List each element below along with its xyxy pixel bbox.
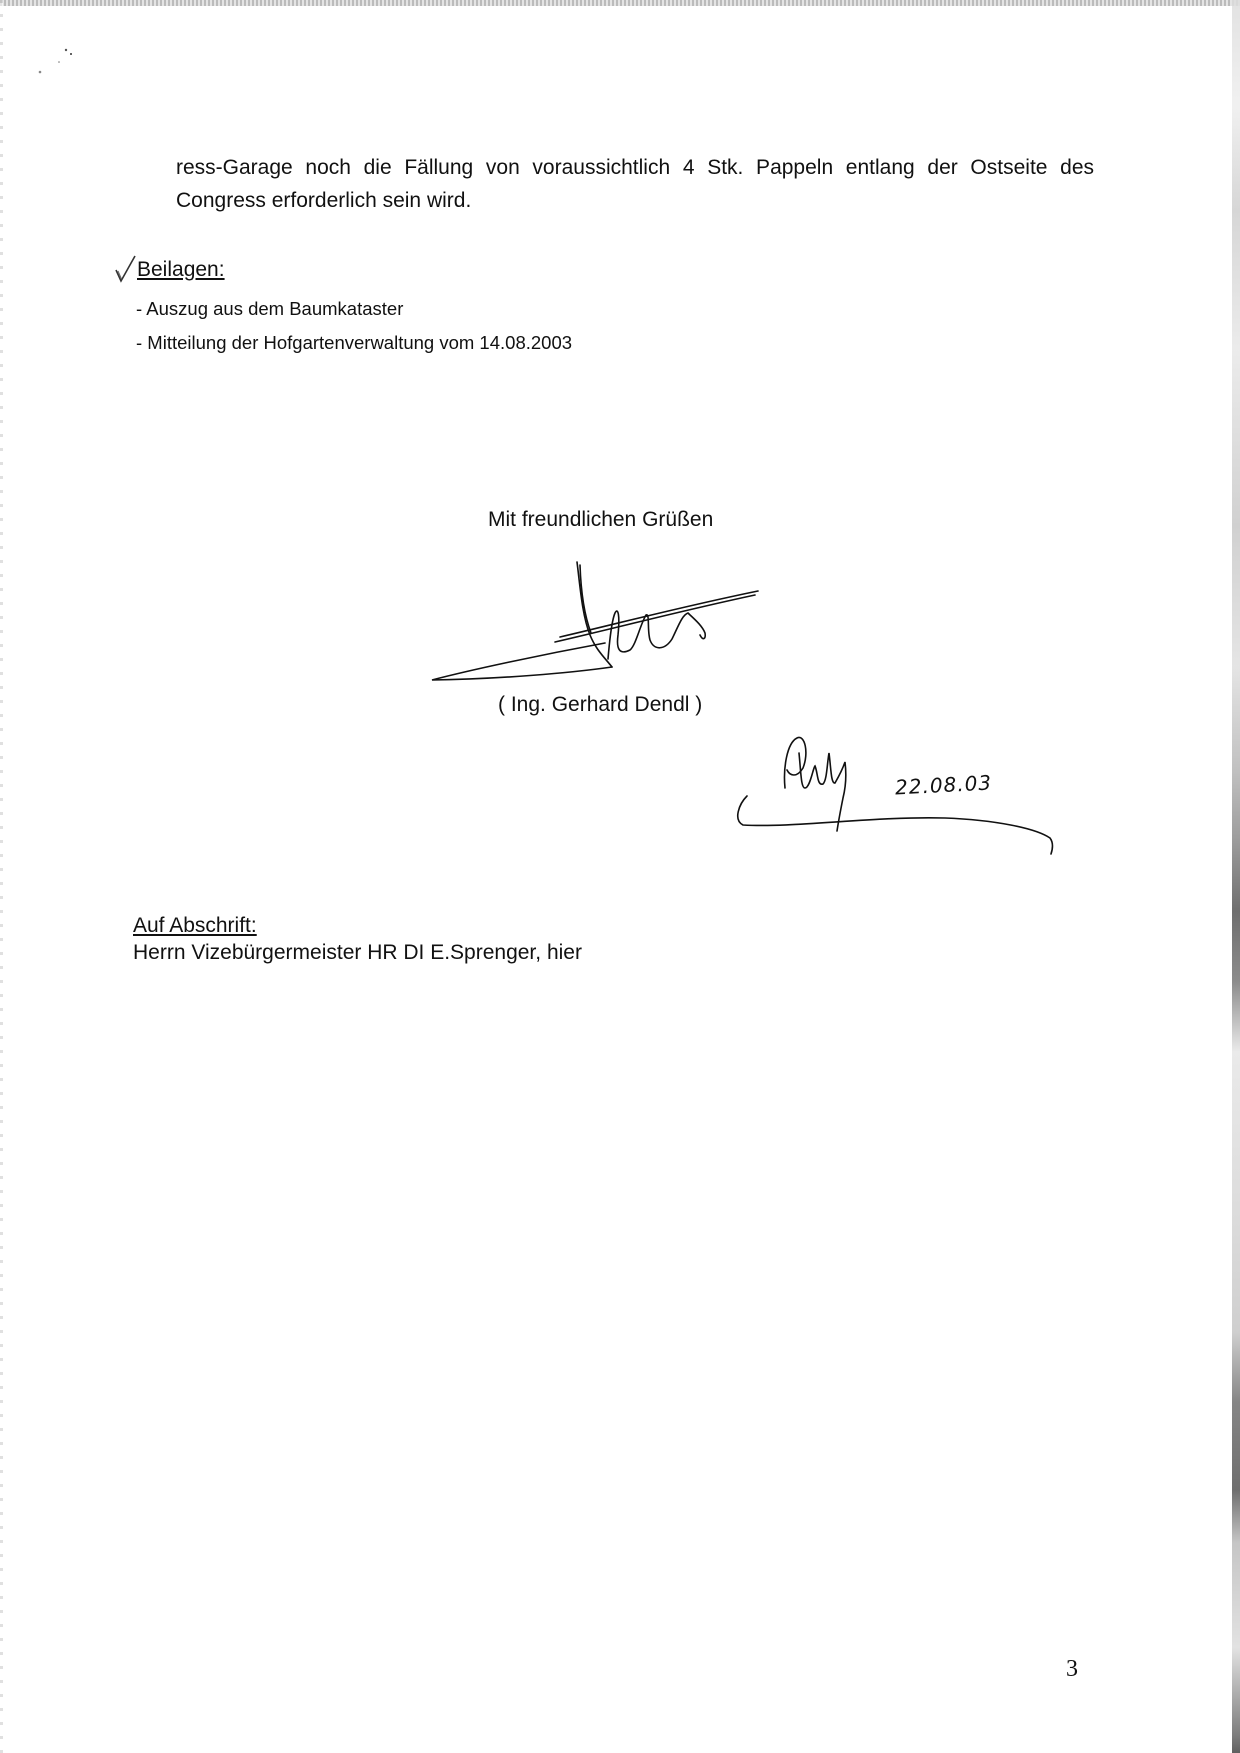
scan-specks <box>30 40 90 80</box>
attachment-item: - Auszug aus dem Baumkataster <box>136 292 572 326</box>
attachment-item: - Mitteilung der Hofgartenverwaltung vom… <box>136 326 572 360</box>
scan-edge-right <box>1232 0 1240 1753</box>
check-mark-icon <box>114 254 138 284</box>
page-number: 3 <box>1066 1656 1078 1683</box>
attachments-heading: Beilagen: <box>137 258 225 282</box>
scan-edge-top <box>0 0 1240 6</box>
copy-to-heading: Auf Abschrift: <box>133 914 257 938</box>
handwritten-date: 22.08.03 <box>894 770 992 799</box>
closing-salutation: Mit freundlichen Grüßen <box>488 508 713 532</box>
scan-edge-left <box>0 0 3 1753</box>
copy-to-recipient: Herrn Vizebürgermeister HR DI E.Sprenger… <box>133 941 582 965</box>
handwritten-signature-icon <box>420 555 760 685</box>
signer-name: ( Ing. Gerhard Dendl ) <box>498 693 702 717</box>
body-paragraph: ress-Garage noch die Fällung von vorauss… <box>176 151 1094 217</box>
attachments-list: - Auszug aus dem Baumkataster - Mitteilu… <box>136 292 572 360</box>
